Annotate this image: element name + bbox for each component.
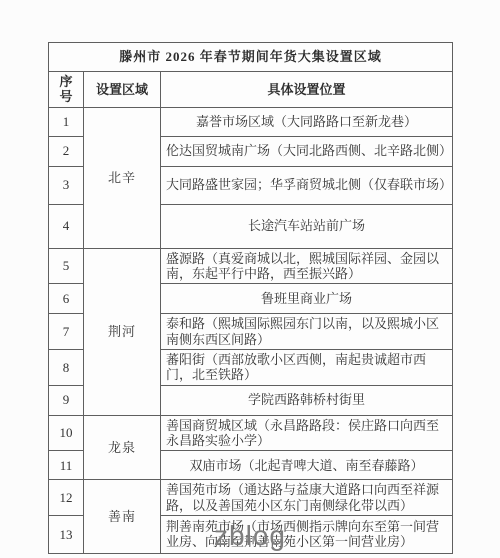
row-no-cell: 10 xyxy=(49,415,84,451)
table-row: 12 善南 善国苑市场（通达路与益康大道路口向西至祥源路，以及善国苑小区东门南侧… xyxy=(49,480,453,516)
row-location-cell: 善国苑市场（通达路与益康大道路口向西至祥源路，以及善国苑小区东门南侧绿化带以西） xyxy=(161,480,453,516)
row-no-cell: 2 xyxy=(49,136,84,166)
row-location-cell: 长途汽车站站前广场 xyxy=(161,204,453,248)
row-location-cell: 蕃阳街（西部放歌小区西侧，南起贵诚超市西门，北至铁路） xyxy=(161,349,453,385)
row-no-cell: 9 xyxy=(49,385,84,415)
row-location-cell: 嘉誉市场区域（大同路路口至新龙巷） xyxy=(161,107,453,136)
table-row: 5 荆河 盛源路（真爱商城以北，熙城国际祥园、金园以南，东起平行中路，西至振兴路… xyxy=(49,248,453,284)
table-row: 10 龙泉 善国商贸城区域（永昌路路段：侯庄路口向西至永昌路实验小学） xyxy=(49,415,453,451)
col-header-area: 设置区域 xyxy=(84,72,161,108)
row-no-cell: 12 xyxy=(49,480,84,516)
col-header-location: 具体设置位置 xyxy=(161,72,453,108)
row-location-cell: 善国商贸城区域（永昌路路段：侯庄路口向西至永昌路实验小学） xyxy=(161,415,453,451)
row-no-cell: 1 xyxy=(49,107,84,136)
row-location-cell: 伦达国贸城南广场（大同北路西侧、北辛路北侧） xyxy=(161,136,453,166)
area-cell-jinghe: 荆河 xyxy=(84,248,161,415)
title-row: 滕州市 2026 年春节期间年货大集设置区域 xyxy=(49,43,453,72)
row-no-cell: 4 xyxy=(49,204,84,248)
watermark-zblog: zblog xyxy=(0,520,500,552)
row-no-cell: 8 xyxy=(49,349,84,385)
row-no-cell: 5 xyxy=(49,248,84,284)
row-location-cell: 泰和路（熙城国际熙园东门以南，以及熙城小区南侧东西区间路） xyxy=(161,314,453,350)
area-cell-longquan: 龙泉 xyxy=(84,415,161,480)
row-location-cell: 双庙市场（北起青啤大道、南至春藤路） xyxy=(161,451,453,480)
row-no-cell: 6 xyxy=(49,284,84,314)
row-location-cell: 学院西路韩桥村街里 xyxy=(161,385,453,415)
header-row: 序号 设置区域 具体设置位置 xyxy=(49,72,453,108)
row-location-cell: 鲁班里商业广场 xyxy=(161,284,453,314)
page: 滕州市 2026 年春节期间年货大集设置区域 序号 设置区域 具体设置位置 1 … xyxy=(0,0,500,558)
col-header-no: 序号 xyxy=(49,72,84,108)
table-title: 滕州市 2026 年春节期间年货大集设置区域 xyxy=(49,43,453,72)
yearfair-table: 滕州市 2026 年春节期间年货大集设置区域 序号 设置区域 具体设置位置 1 … xyxy=(48,42,453,554)
row-no-cell: 7 xyxy=(49,314,84,350)
row-location-cell: 大同路盛世家园；华孚商贸城北侧（仅春联市场） xyxy=(161,166,453,204)
area-cell-beixin: 北辛 xyxy=(84,107,161,248)
row-no-cell: 3 xyxy=(49,166,84,204)
table-row: 1 北辛 嘉誉市场区域（大同路路口至新龙巷） xyxy=(49,107,453,136)
row-no-cell: 11 xyxy=(49,451,84,480)
row-location-cell: 盛源路（真爱商城以北，熙城国际祥园、金园以南，东起平行中路，西至振兴路） xyxy=(161,248,453,284)
